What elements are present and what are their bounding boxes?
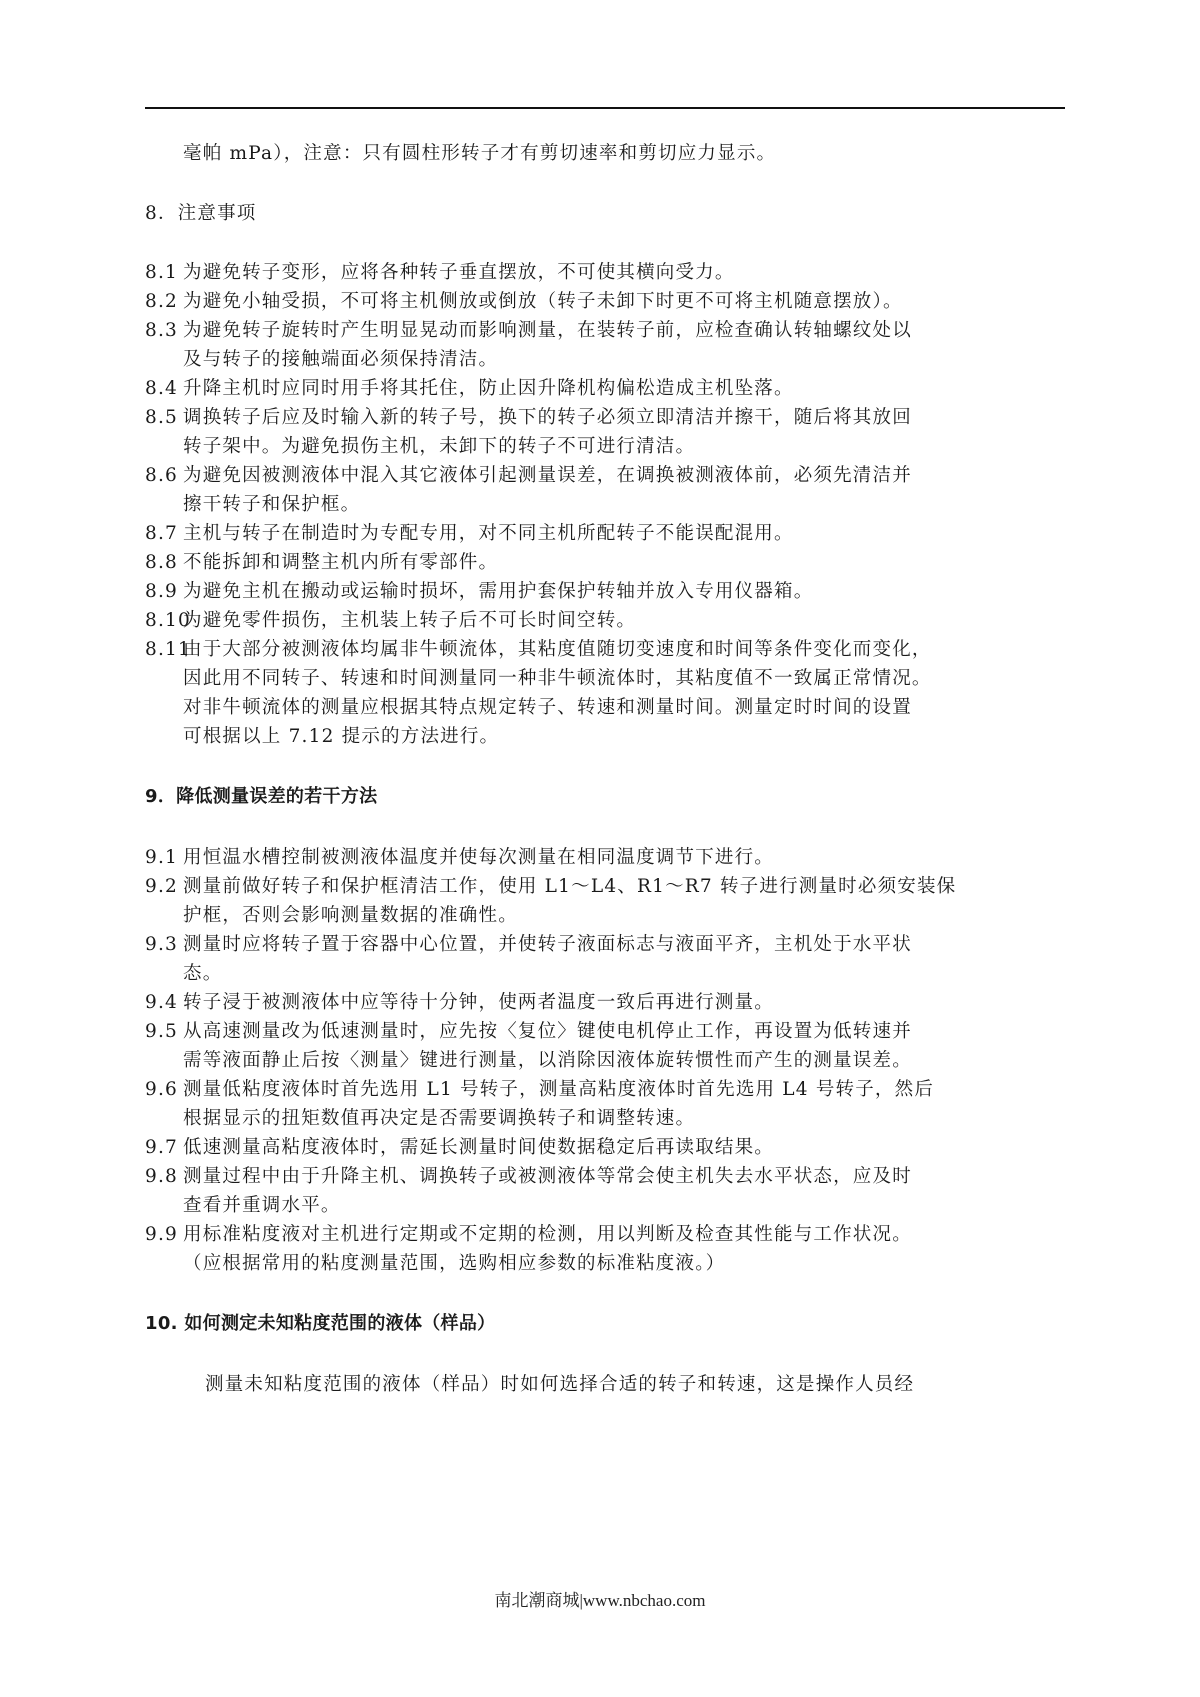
list-item-continuation: 需等液面静止后按〈测量〉键进行测量，以消除因液体旋转惯性而产生的测量误差。 bbox=[183, 1048, 912, 1074]
section-10-paragraph: 测量未知粘度范围的液体（样品）时如何选择合适的转子和转速，这是操作人员经 bbox=[205, 1372, 914, 1398]
list-item-continuation: 态。 bbox=[183, 961, 222, 987]
list-item-continuation: （应根据常用的粘度测量范围，选购相应参数的标准粘度液。） bbox=[183, 1251, 725, 1277]
list-item-continuation: 擦干转子和保护框。 bbox=[183, 492, 360, 518]
list-item-continuation: 根据显示的扭矩数值再决定是否需要调换转子和调整转速。 bbox=[183, 1106, 695, 1132]
list-item-continuation: 及与转子的接触端面必须保持清洁。 bbox=[183, 347, 498, 373]
list-item: 9.3测量时应将转子置于容器中心位置，并使转子液面标志与液面平齐，主机处于水平状 bbox=[145, 932, 912, 958]
list-item: 8.10为避免零件损伤，主机装上转子后不可长时间空转。 bbox=[145, 608, 636, 634]
list-item: 8.7主机与转子在制造时为专配专用，对不同主机所配转子不能误配混用。 bbox=[145, 521, 794, 547]
list-item: 9.7低速测量高粘度液体时，需延长测量时间使数据稳定后再读取结果。 bbox=[145, 1135, 774, 1161]
list-item: 9.5从高速测量改为低速测量时，应先按〈复位〉键使电机停止工作，再设置为低转速并 bbox=[145, 1019, 912, 1045]
continuation-text: 毫帕 mPa），注意：只有圆柱形转子才有剪切速率和剪切应力显示。 bbox=[183, 141, 776, 167]
list-item: 8.8不能拆卸和调整主机内所有零部件。 bbox=[145, 550, 498, 576]
section-8-title: 8．注意事项 bbox=[145, 201, 256, 227]
section-10-title: 10. 如何测定未知粘度范围的液体（样品） bbox=[145, 1311, 495, 1337]
list-item: 9.9用标准粘度液对主机进行定期或不定期的检测，用以判断及检查其性能与工作状况。 bbox=[145, 1222, 912, 1248]
list-item: 8.1为避免转子变形，应将各种转子垂直摆放，不可使其横向受力。 bbox=[145, 260, 735, 286]
list-item: 9.4转子浸于被测液体中应等待十分钟，使两者温度一致后再进行测量。 bbox=[145, 990, 774, 1016]
list-item: 8.4升降主机时应同时用手将其托住，防止因升降机构偏松造成主机坠落。 bbox=[145, 376, 794, 402]
list-item: 8.6为避免因被测液体中混入其它液体引起测量误差，在调换被测液体前，必须先清洁并 bbox=[145, 463, 912, 489]
page-footer: 南北潮商城|www.nbchao.com bbox=[0, 1586, 1200, 1611]
list-item: 9.8测量过程中由于升降主机、调换转子或被测液体等常会使主机失去水平状态，应及时 bbox=[145, 1164, 912, 1190]
list-item-continuation: 可根据以上 7.12 提示的方法进行。 bbox=[183, 724, 499, 750]
list-item: 8.9为避免主机在搬动或运输时损坏，需用护套保护转轴并放入专用仪器箱。 bbox=[145, 579, 813, 605]
list-item: 9.1用恒温水槽控制被测液体温度并使每次测量在相同温度调节下进行。 bbox=[145, 845, 774, 871]
list-item-continuation: 转子架中。为避免损伤主机，未卸下的转子不可进行清洁。 bbox=[183, 434, 695, 460]
list-item: 9.6测量低粘度液体时首先选用 L1 号转子，测量高粘度液体时首先选用 L4 号… bbox=[145, 1077, 934, 1103]
list-item: 8.2为避免小轴受损，不可将主机侧放或倒放（转子未卸下时更不可将主机随意摆放）。 bbox=[145, 289, 903, 315]
list-item: 8.5调换转子后应及时输入新的转子号，换下的转子必须立即清洁并擦干，随后将其放回 bbox=[145, 405, 912, 431]
list-item: 8.3为避免转子旋转时产生明显晃动而影响测量，在装转子前，应检查确认转轴螺纹处以 bbox=[145, 318, 912, 344]
section-9-title: 9．降低测量误差的若干方法 bbox=[145, 784, 377, 810]
list-item-continuation: 查看并重调水平。 bbox=[183, 1193, 341, 1219]
list-item: 9.2测量前做好转子和保护框清洁工作，使用 L1～L4、R1～R7 转子进行测量… bbox=[145, 874, 956, 900]
list-item-continuation: 因此用不同转子、转速和时间测量同一种非牛顿流体时，其粘度值不一致属正常情况。 bbox=[183, 666, 932, 692]
list-item-continuation: 对非牛顿流体的测量应根据其特点规定转子、转速和测量时间。测量定时时间的设置 bbox=[183, 695, 912, 721]
list-item: 8.11由于大部分被测液体均属非牛顿流体，其粘度值随切变速度和时间等条件变化而变… bbox=[145, 637, 932, 663]
header-rule bbox=[145, 107, 1065, 109]
list-item-continuation: 护框，否则会影响测量数据的准确性。 bbox=[183, 903, 518, 929]
